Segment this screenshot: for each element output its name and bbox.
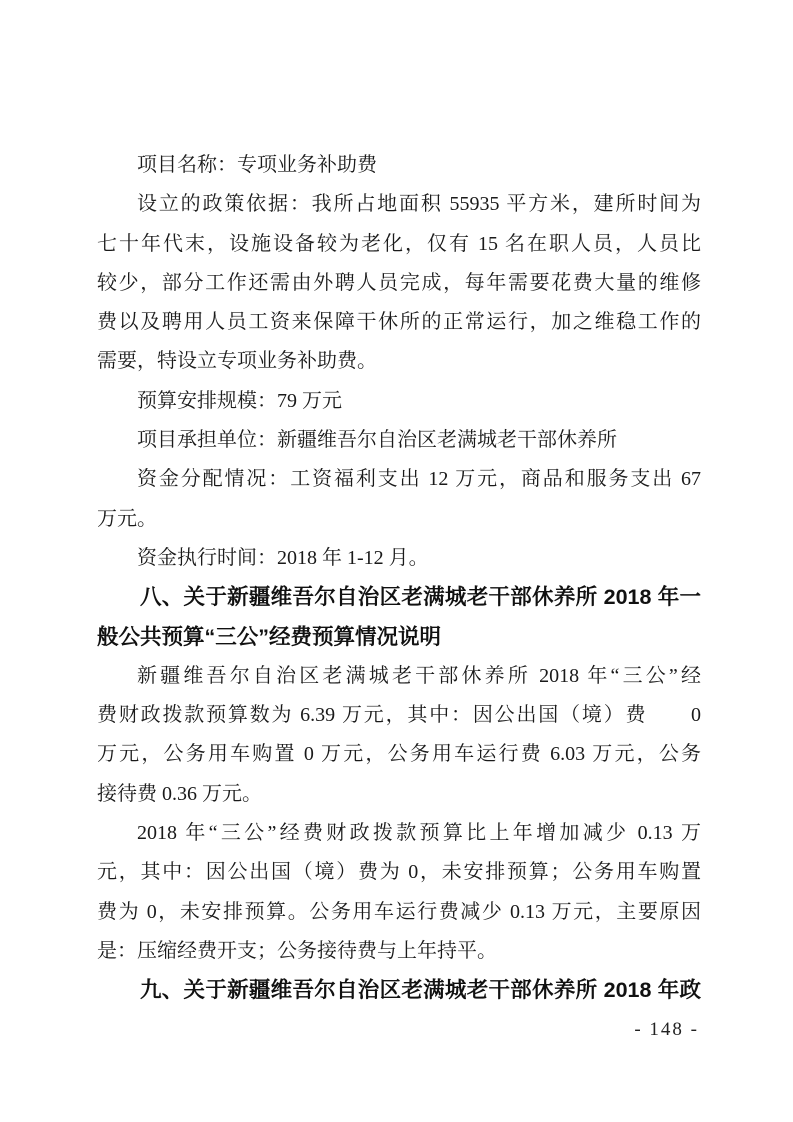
body-line: 资金执行时间：2018 年 1-12 月。 bbox=[97, 539, 701, 578]
body-line: 设立的政策依据：我所占地面积 55935 平方米，建所时间为 bbox=[97, 185, 701, 224]
body-line: 较少，部分工作还需由外聘人员完成，每年需要花费大量的维修 bbox=[97, 264, 701, 303]
body-line: 是：压缩经费开支；公务接待费与上年持平。 bbox=[97, 932, 701, 971]
body-line: 2018 年“三公”经费财政拨款预算比上年增加减少 0.13 万 bbox=[97, 814, 701, 853]
body-line: 费以及聘用人员工资来保障干休所的正常运行，加之维稳工作的 bbox=[97, 303, 701, 342]
body-line: 项目承担单位：新疆维吾尔自治区老满城老干部休养所 bbox=[97, 421, 701, 460]
body-line: 费财政拨款预算数为 6.39 万元，其中：因公出国（境）费 0 bbox=[97, 696, 701, 735]
heading-line: 般公共预算“三公”经费预算情况说明 bbox=[97, 618, 701, 657]
document-page: 项目名称：专项业务补助费设立的政策依据：我所占地面积 55935 平方米，建所时… bbox=[0, 0, 793, 1122]
heading-line: 八、关于新疆维吾尔自治区老满城老干部休养所 2018 年一 bbox=[97, 578, 701, 617]
heading-line: 九、关于新疆维吾尔自治区老满城老干部休养所 2018 年政 bbox=[97, 971, 701, 1010]
body-line: 项目名称：专项业务补助费 bbox=[97, 146, 701, 185]
body-line: 七十年代末，设施设备较为老化，仅有 15 名在职人员，人员比 bbox=[97, 225, 701, 264]
document-content: 项目名称：专项业务补助费设立的政策依据：我所占地面积 55935 平方米，建所时… bbox=[97, 146, 701, 1011]
body-line: 预算安排规模：79 万元 bbox=[97, 382, 701, 421]
body-line: 元，其中：因公出国（境）费为 0，未安排预算；公务用车购置 bbox=[97, 853, 701, 892]
page-number: - 148 - bbox=[634, 1018, 699, 1042]
body-line: 需要，特设立专项业务补助费。 bbox=[97, 342, 701, 381]
body-line: 万元。 bbox=[97, 500, 701, 539]
body-line: 新疆维吾尔自治区老满城老干部休养所 2018 年“三公”经 bbox=[97, 657, 701, 696]
body-line: 万元，公务用车购置 0 万元，公务用车运行费 6.03 万元，公务 bbox=[97, 735, 701, 774]
body-line: 接待费 0.36 万元。 bbox=[97, 775, 701, 814]
body-line: 费为 0，未安排预算。公务用车运行费减少 0.13 万元，主要原因 bbox=[97, 893, 701, 932]
body-line: 资金分配情况：工资福利支出 12 万元，商品和服务支出 67 bbox=[97, 460, 701, 499]
